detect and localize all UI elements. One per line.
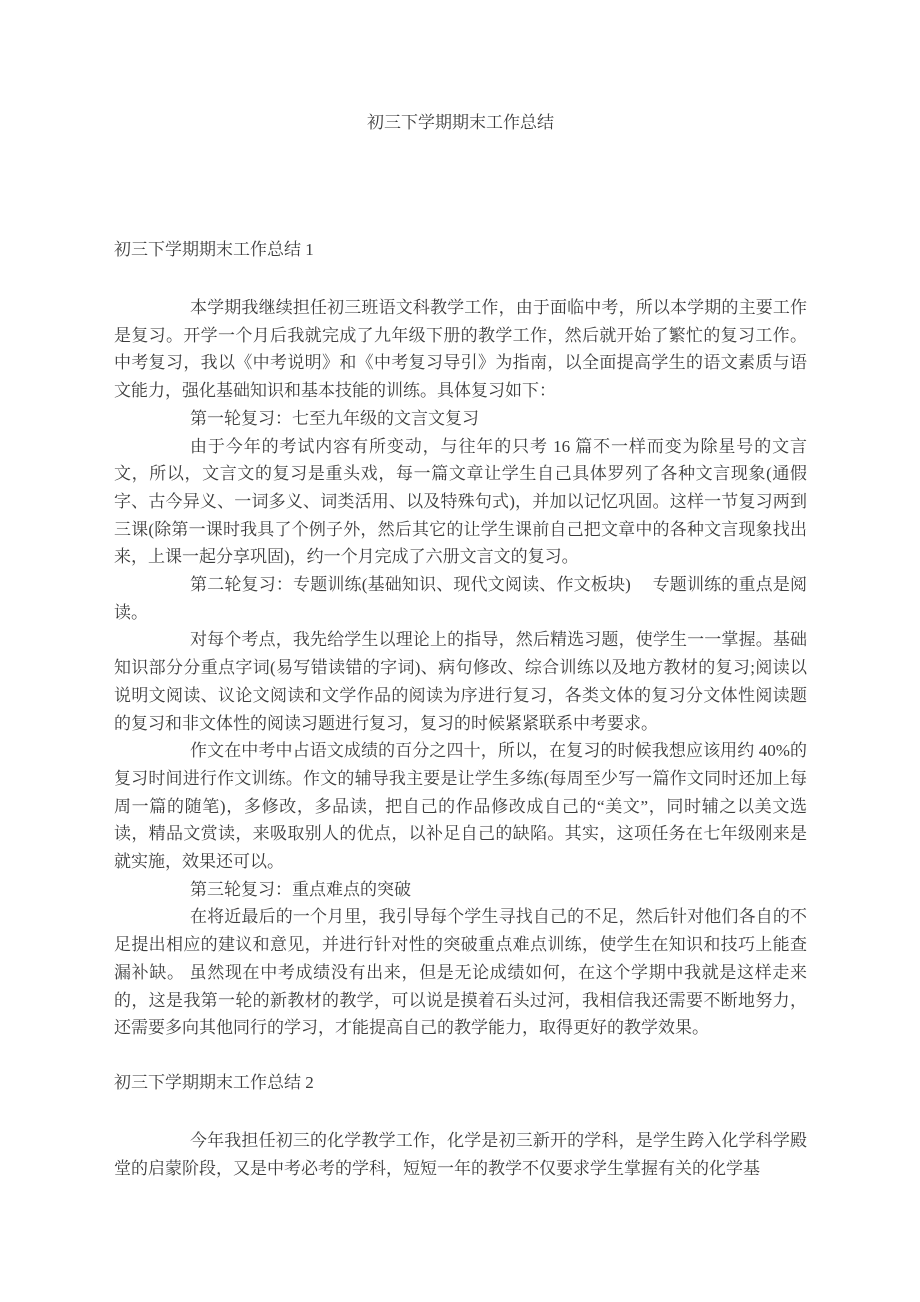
document-page: 初三下学期期末工作总结 初三下学期期末工作总结 1 本学期我继续担任初三班语文科…: [0, 0, 920, 1302]
section-1-paragraph-6: 作文在中考中占语文成绩的百分之四十，所以，在复习的时候我想应该用约 40%的复习…: [114, 737, 807, 876]
section-1-paragraph-2: 第一轮复习：七至九年级的文言文复习: [114, 405, 807, 433]
section-1-paragraph-7: 第三轮复习：重点难点的突破: [114, 876, 807, 904]
section-2-paragraph-1: 今年我担任初三的化学教学工作，化学是初三新开的学科，是学生跨入化学科学殿堂的启蒙…: [114, 1127, 807, 1182]
section-1-heading: 初三下学期期末工作总结 1: [114, 236, 807, 264]
section-2-heading: 初三下学期期末工作总结 2: [114, 1069, 807, 1097]
section-1-paragraph-3: 由于今年的考试内容有所变动，与往年的只考 16 篇不一样而变为除星号的文言文，所…: [114, 433, 807, 572]
section-1-paragraph-8: 在将近最后的一个月里，我引导每个学生寻找自己的不足，然后针对他们各自的不足提出相…: [114, 903, 807, 1042]
section-1-paragraph-1: 本学期我继续担任初三班语文科教学工作，由于面临中考，所以本学期的主要工作是复习。…: [114, 294, 807, 405]
section-1-paragraph-4: 第二轮复习：专题训练(基础知识、现代文阅读、作文板块) 专题训练的重点是阅读。: [114, 571, 807, 626]
section-1-paragraph-5: 对每个考点，我先给学生以理论上的指导，然后精选习题，使学生一一掌握。基础知识部分…: [114, 626, 807, 737]
document-title: 初三下学期期末工作总结: [114, 109, 807, 137]
document-content: 初三下学期期末工作总结 初三下学期期末工作总结 1 本学期我继续担任初三班语文科…: [0, 109, 920, 1182]
